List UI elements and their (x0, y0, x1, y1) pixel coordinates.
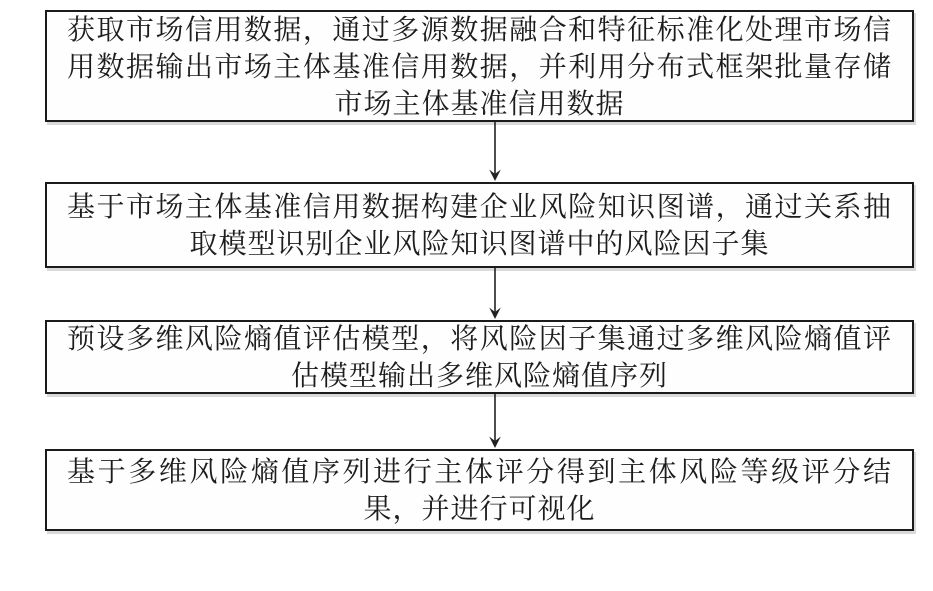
flowchart-step-3-text: 预设多维风险熵值评估模型，将风险因子集通过多维风险熵值评估模型输出多维风险熵值序… (47, 320, 912, 394)
flowchart-step-1-text: 获取市场信用数据，通过多源数据融合和特征标准化处理市场信用数据输出市场主体基准信… (47, 11, 912, 122)
flowchart-step-4: 基于多维风险熵值序列进行主体评分得到主体风险等级评分结果，并进行可视化 (45, 449, 914, 531)
flowchart-step-4-text: 基于多维风险熵值序列进行主体评分得到主体风险等级评分结果，并进行可视化 (47, 453, 912, 527)
flowchart-canvas: 获取市场信用数据，通过多源数据融合和特征标准化处理市场信用数据输出市场主体基准信… (0, 0, 933, 591)
flowchart-step-2-text: 基于市场主体基准信用数据构建企业风险知识图谱，通过关系抽取模型识别企业风险知识图… (47, 188, 912, 262)
arrow-down-icon (487, 394, 503, 448)
flowchart-step-1: 获取市场信用数据，通过多源数据融合和特征标准化处理市场信用数据输出市场主体基准信… (45, 10, 914, 122)
flowchart-step-3: 预设多维风险熵值评估模型，将风险因子集通过多维风险熵值评估模型输出多维风险熵值序… (45, 320, 914, 394)
arrow-down-icon (487, 122, 503, 181)
arrow-down-icon (487, 268, 503, 319)
flowchart-step-2: 基于市场主体基准信用数据构建企业风险知识图谱，通过关系抽取模型识别企业风险知识图… (45, 182, 914, 268)
